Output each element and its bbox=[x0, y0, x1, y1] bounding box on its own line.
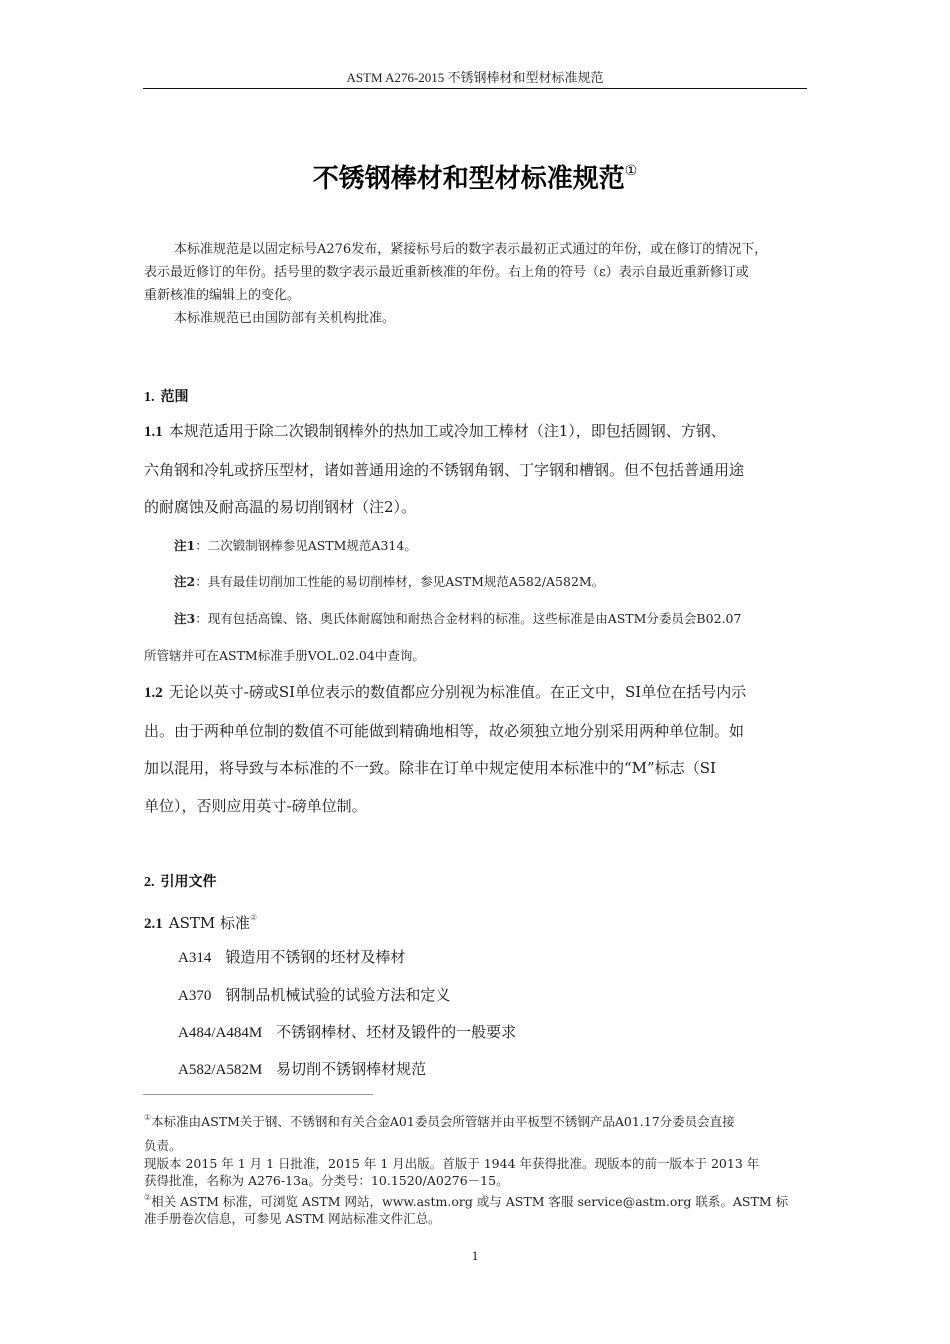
footnote-rule bbox=[143, 1094, 373, 1095]
note-3: 注3：现有包括高镍、铬、奥氏体耐腐蚀和耐热合金材料的标准。这些标准是由ASTM分… bbox=[144, 600, 808, 674]
note-text: ：具有最佳切削加工性能的易切削棒材，参见ASTM规范A582/A582M。 bbox=[195, 574, 604, 589]
paragraph-line: 出。由于两种单位制的数值不可能做到精确地相等，故必须独立地分别采用两种单位制。如 bbox=[144, 713, 808, 751]
reference-code: A582/A582M bbox=[178, 1062, 262, 1078]
preamble-approval: 本标准规范已由国防部有关机构批准。 bbox=[144, 307, 808, 330]
preamble-line: 重新核准的编辑上的变化。 bbox=[144, 284, 808, 307]
reference-code: A314 bbox=[178, 950, 211, 966]
paragraph-1-1: 1.1本规范适用于除二次锻制钢棒外的热加工或冷加工棒材（注1），即包括圆钢、方钢… bbox=[144, 413, 808, 527]
reference-title: 锻造用不锈钢的坯材及棒材 bbox=[225, 948, 405, 966]
clause-number: 1.1 bbox=[144, 424, 163, 440]
preamble: 本标准规范是以固定标号A276发布，紧接标号后的数字表示最初正式通过的年份，或在… bbox=[144, 238, 808, 330]
section-title: 范围 bbox=[161, 389, 189, 405]
footnote-line: 本标准由ASTM关于钢、不锈钢和有关合金A01委员会所管辖并由平板型不锈钢产品A… bbox=[151, 1114, 734, 1129]
footnote-line: 准手册卷次信息，可参见 ASTM 网站标准文件汇总。 bbox=[144, 1210, 808, 1227]
section-2-heading: 2.引用文件 bbox=[144, 871, 217, 891]
document-title: 不锈钢棒材和型材标准规范① bbox=[0, 158, 950, 195]
paragraph-line: 的耐腐蚀及耐高温的易切削钢材（注2）。 bbox=[144, 489, 808, 527]
reference-item: A370钢制品机械试验的试验方法和定义 bbox=[178, 984, 450, 1005]
footnote-line: 获得批准，名称为 A276-13a。分类号：10.1520/A0276－15。 bbox=[144, 1172, 808, 1189]
header-rule bbox=[143, 88, 807, 89]
reference-item: A314锻造用不锈钢的坯材及棒材 bbox=[178, 946, 405, 967]
note-continuation: 所管辖并可在ASTM标准手册VOL.02.04中查询。 bbox=[144, 637, 808, 674]
paragraph-line: 无论以英寸-磅或SI单位表示的数值都应分别视为标准值。在正文中，SI单位在括号内… bbox=[169, 683, 746, 701]
title-text: 不锈钢棒材和型材标准规范 bbox=[313, 164, 625, 194]
section-1-heading: 1.范围 bbox=[144, 386, 189, 406]
paragraph-line: 单位），否则应用英寸-磅单位制。 bbox=[144, 788, 808, 826]
note-1: 注1：二次锻制钢棒参见ASTM规范A314。 bbox=[144, 527, 808, 564]
paragraph-text: ASTM 标准 bbox=[169, 914, 250, 932]
footnote-1: ①本标准由ASTM关于钢、不锈钢和有关合金A01委员会所管辖并由平板型不锈钢产品… bbox=[144, 1106, 808, 1158]
preamble-line: 表示最近修订的年份。括号里的数字表示最近重新核准的年份。右上角的符号（ε）表示自… bbox=[144, 261, 808, 284]
reference-title: 钢制品机械试验的试验方法和定义 bbox=[225, 986, 450, 1004]
note-2: 注2：具有最佳切削加工性能的易切削棒材，参见ASTM规范A582/A582M。 bbox=[144, 563, 808, 600]
clause-number: 2.1 bbox=[144, 916, 163, 932]
reference-code: A370 bbox=[178, 988, 211, 1004]
page-number: 1 bbox=[0, 1248, 950, 1264]
note-text: ：二次锻制钢棒参见ASTM规范A314。 bbox=[195, 538, 417, 553]
paragraph-1-2: 1.2无论以英寸-磅或SI单位表示的数值都应分别视为标准值。在正文中，SI单位在… bbox=[144, 674, 808, 825]
clause-number: 1.2 bbox=[144, 685, 163, 701]
reference-item: A484/A484M不锈钢棒材、坯材及锻件的一般要求 bbox=[178, 1021, 516, 1042]
reference-title: 不锈钢棒材、坯材及锻件的一般要求 bbox=[276, 1023, 516, 1041]
paragraph-line: 六角钢和冷轧或挤压型材，诸如普通用途的不锈钢角钢、丁字钢和槽钢。但不包括普通用途 bbox=[144, 452, 808, 490]
paragraph-line: 本规范适用于除二次锻制钢棒外的热加工或冷加工棒材（注1），即包括圆钢、方钢、 bbox=[169, 422, 726, 440]
reference-item: A582/A582M易切削不锈钢棒材规范 bbox=[178, 1058, 426, 1079]
running-header: ASTM A276-2015 不锈钢棒材和型材标准规范 bbox=[0, 67, 950, 86]
footnote-1-continuation: 现版本 2015 年 1 月 1 日批准，2015 年 1 月出版。首版于 19… bbox=[144, 1155, 808, 1189]
section-number: 1. bbox=[144, 390, 155, 405]
reference-code: A484/A484M bbox=[178, 1025, 262, 1041]
footnote-2: ②相关 ASTM 标准，可浏览 ASTM 网站，www.astm.org 或与 … bbox=[144, 1189, 808, 1227]
note-label: 注3 bbox=[174, 611, 195, 626]
section-number: 2. bbox=[144, 875, 155, 890]
paragraph-2-1: 2.1ASTM 标准② bbox=[144, 899, 808, 944]
paragraph-line: 加以混用，将导致与本标准的不一致。除非在订单中规定使用本标准中的“M”标志（SI bbox=[144, 750, 808, 788]
footnote-marker[interactable]: ② bbox=[250, 913, 257, 922]
footnote-line: 相关 ASTM 标准，可浏览 ASTM 网站，www.astm.org 或与 A… bbox=[151, 1194, 788, 1209]
reference-title: 易切削不锈钢棒材规范 bbox=[276, 1060, 426, 1078]
footnote-line: 现版本 2015 年 1 月 1 日批准，2015 年 1 月出版。首版于 19… bbox=[144, 1155, 808, 1172]
note-text: ：现有包括高镍、铬、奥氏体耐腐蚀和耐热合金材料的标准。这些标准是由ASTM分委员… bbox=[195, 611, 741, 626]
note-label: 注1 bbox=[174, 538, 195, 553]
title-footnote-marker[interactable]: ① bbox=[625, 163, 638, 179]
note-label: 注2 bbox=[174, 574, 195, 589]
preamble-line: 本标准规范是以固定标号A276发布，紧接标号后的数字表示最初正式通过的年份，或在… bbox=[144, 238, 808, 261]
section-title: 引用文件 bbox=[161, 874, 217, 890]
